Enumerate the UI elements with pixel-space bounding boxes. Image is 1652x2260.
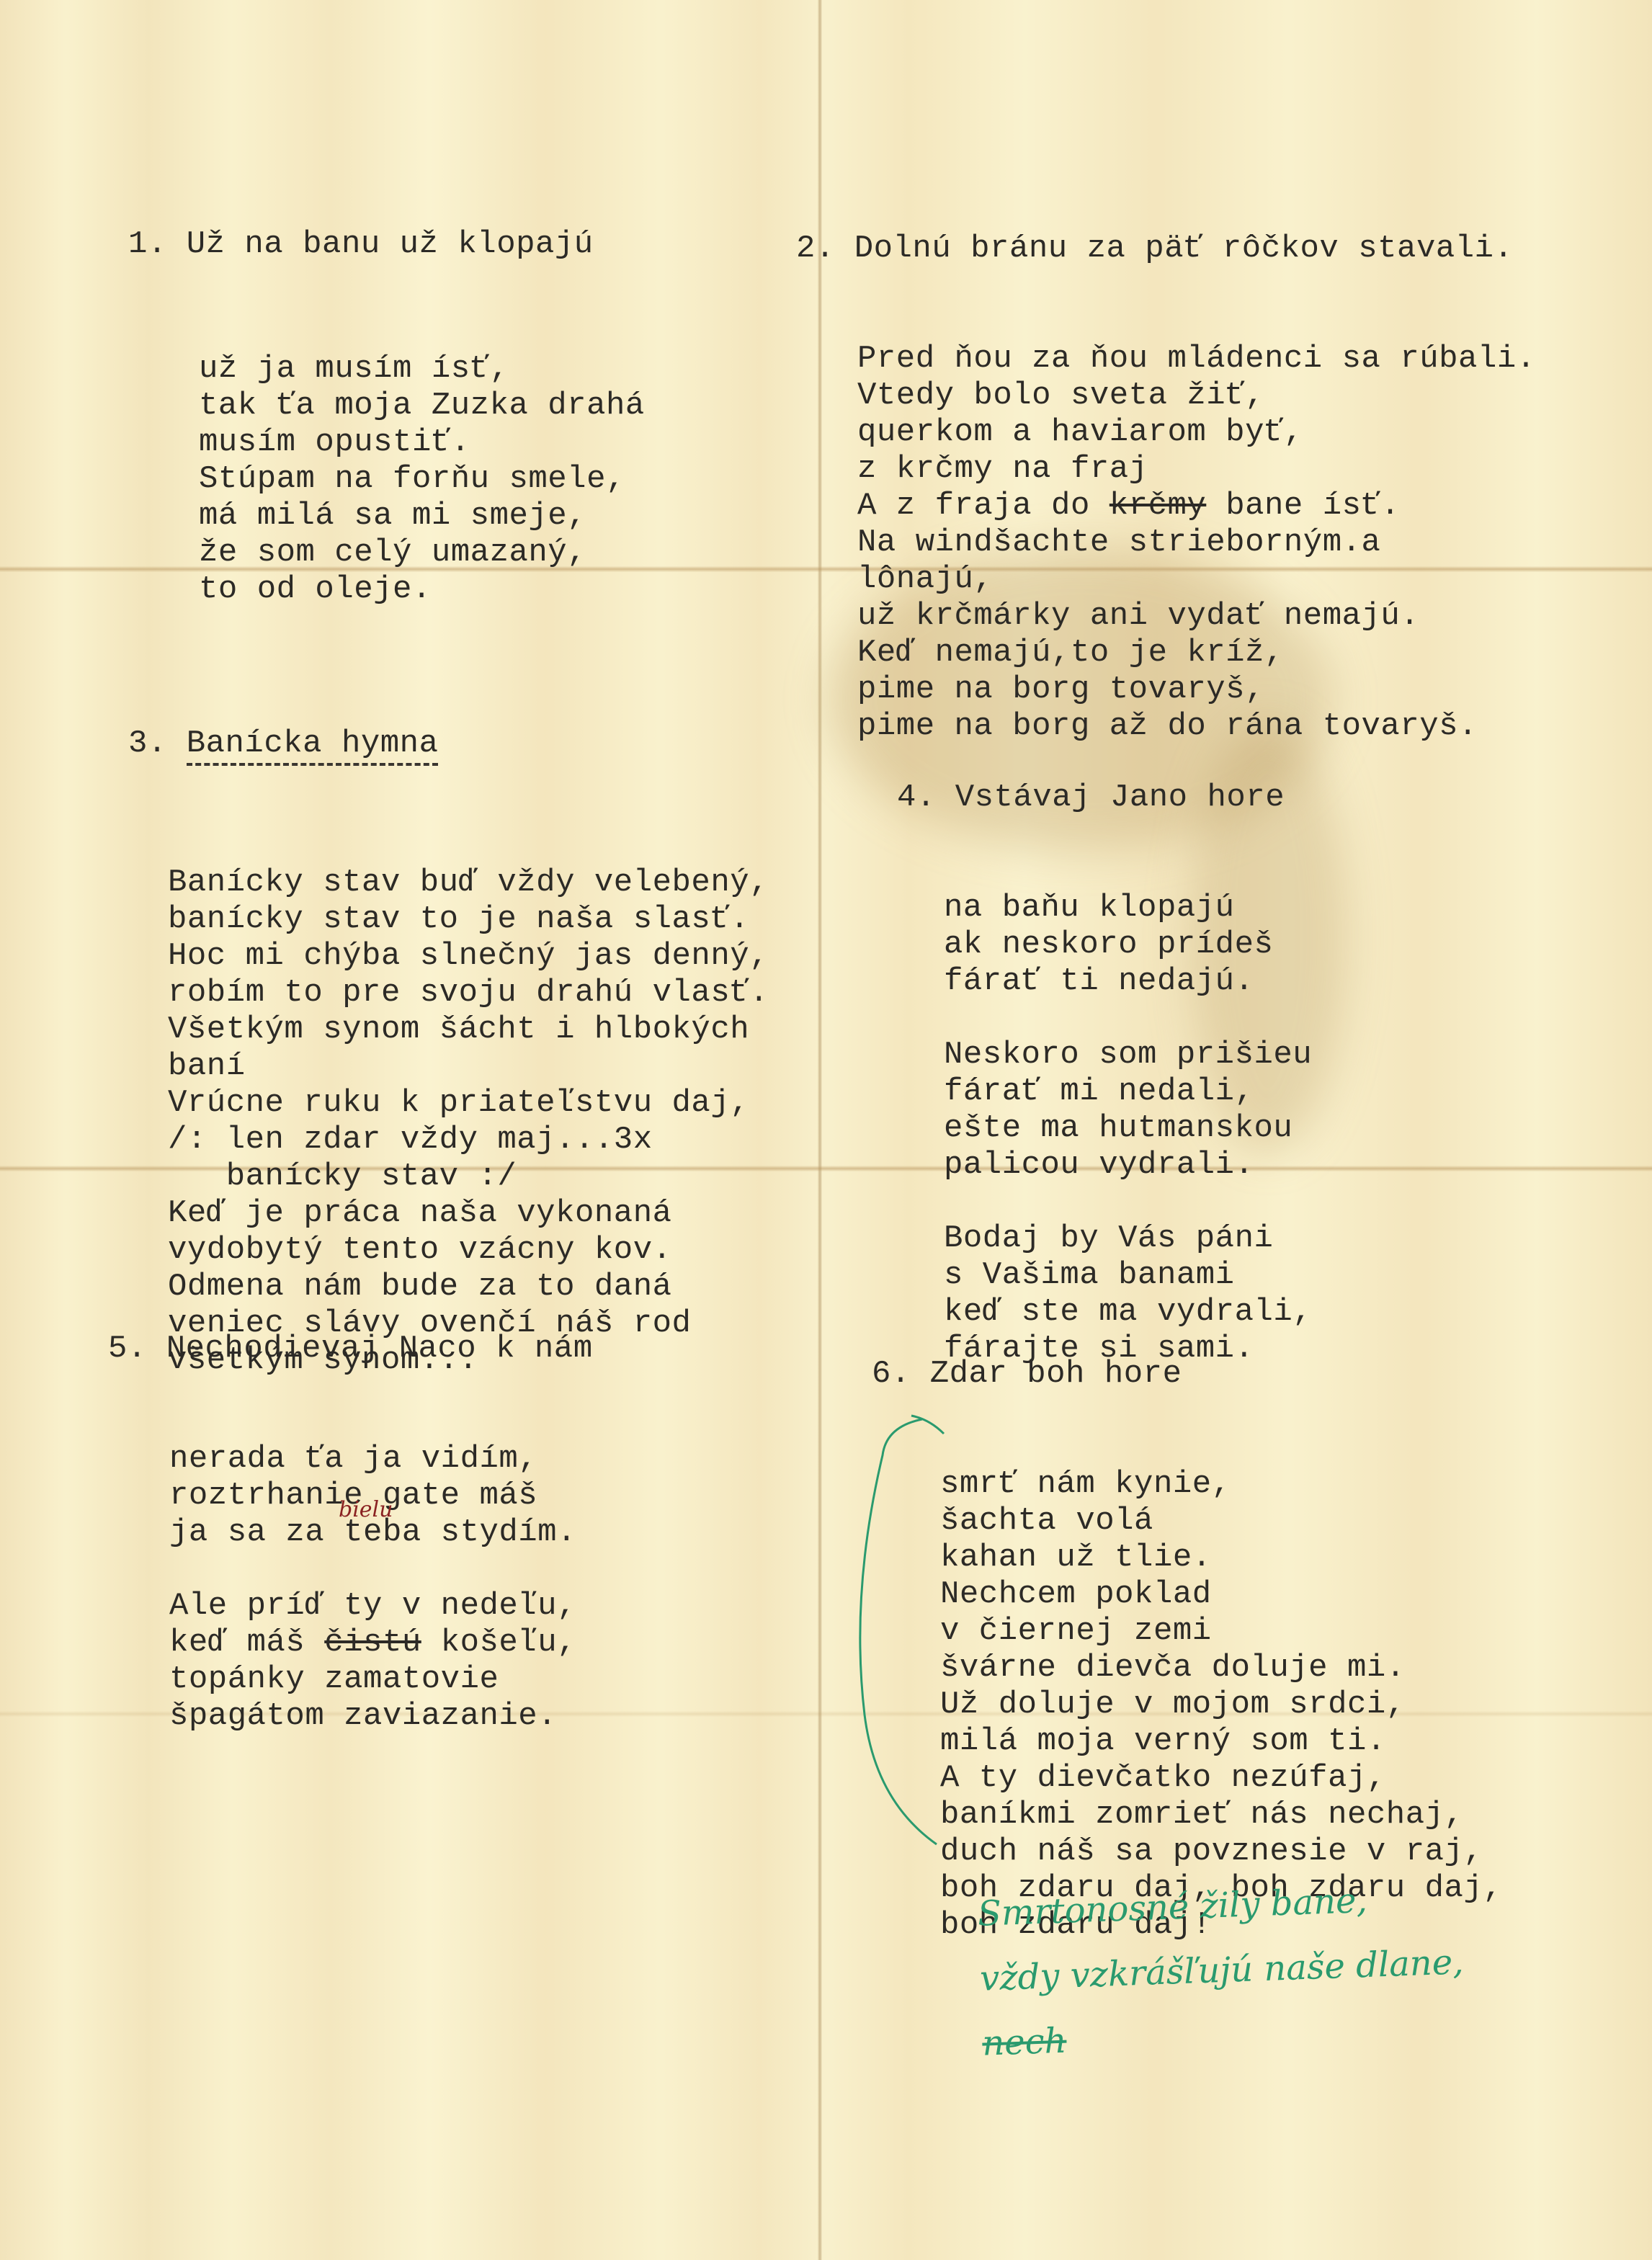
song-line: Bodaj by Vás páni	[944, 1220, 1312, 1257]
song-line: Stúpam na forňu smele,	[199, 461, 645, 498]
song-line: smrť nám kynie,	[940, 1466, 1502, 1503]
song-line: už ja musím ísť,	[199, 351, 645, 388]
struck-word: čistú	[324, 1625, 421, 1661]
song-line: Keď nemajú,to je kríž,	[857, 635, 1536, 671]
song-line: /: len zdar vždy maj...3x	[168, 1122, 769, 1158]
song-body: nerada ťa ja vidím,roztrhanie gate mášja…	[169, 1441, 593, 1735]
song-line: topánky zamatovie	[169, 1661, 593, 1698]
song-line: Už doluje v mojom srdci,	[940, 1687, 1502, 1723]
song-number: 6.	[872, 1356, 911, 1393]
song-first-line: Zdar boh hore	[930, 1356, 1182, 1392]
song-number: 5.	[108, 1331, 147, 1367]
song-line: fárať mi nedali,	[944, 1073, 1312, 1110]
song-1: 1. Už na banu už klopajú už ja musím ísť…	[128, 153, 645, 645]
song-line: to od oleje.	[199, 571, 645, 608]
song-line: baníkmi zomrieť nás nechaj,	[940, 1797, 1502, 1834]
song-first-line: Vstávaj Jano hore	[955, 780, 1285, 816]
song-line: querkom a haviarom byť,	[857, 414, 1536, 451]
song-line: fárať ti nedajú.	[944, 963, 1312, 1000]
song-2: 2. Dolnú bránu za päť rôčkov stavali. Pr…	[796, 157, 1536, 782]
song-line: má milá sa mi smeje,	[199, 498, 645, 535]
song-line: banícky stav :/	[168, 1158, 769, 1195]
song-line: Na windšachte strieborným.a	[857, 524, 1536, 561]
song-line: špagátom zaviazanie.	[169, 1698, 593, 1735]
song-line: musím opustiť.	[199, 424, 645, 461]
song-line: Neskoro som prišieu	[944, 1037, 1312, 1073]
song-number: 1.	[128, 226, 167, 263]
song-line: A ty dievčatko nezúfaj,	[940, 1760, 1502, 1797]
song-line: Vrúcne ruku k priateľstvu daj,	[168, 1085, 769, 1122]
song-number: 3.	[128, 725, 167, 762]
song-line: A z fraja do krčmy bane ísť.	[857, 488, 1536, 524]
song-body: už ja musím ísť,tak ťa moja Zuzka drahám…	[199, 351, 645, 608]
green-pen-bracket	[843, 1412, 1001, 1859]
song-line: pime na borg tovaryš,	[857, 671, 1536, 708]
song-line: šachta volá	[940, 1503, 1502, 1540]
song-line: z krčmy na fraj	[857, 451, 1536, 488]
song-line: milá moja verný som ti.	[940, 1723, 1502, 1760]
song-line: ak neskoro prídeš	[944, 926, 1312, 963]
song-first-line: Už na banu už klopajú	[187, 226, 594, 262]
song-line: palicou vydrali.	[944, 1147, 1312, 1184]
song-first-line: Nechodievaj Naco k nám	[166, 1331, 593, 1367]
song-number: 4.	[897, 780, 936, 816]
song-line: Banícky stav buď vždy velebený,	[168, 865, 769, 901]
song-line: Nechcem poklad	[940, 1576, 1502, 1613]
song-line: robím to pre svoju drahú vlasť.	[168, 975, 769, 1011]
song-line: už krčmárky ani vydať nemajú.	[857, 598, 1536, 635]
stanza-break	[944, 1184, 1312, 1220]
song-line: baní	[168, 1048, 769, 1085]
handwritten-note: Smrtonosné žily bane,vždy vzkrášľujú naš…	[976, 1864, 1466, 2076]
song-number: 2.	[796, 231, 835, 267]
song-line: na baňu klopajú	[944, 890, 1312, 926]
song-line: v čiernej zemi	[940, 1613, 1502, 1650]
song-line: Ale príď ty v nedeľu,	[169, 1588, 593, 1625]
song-line: Pred ňou za ňou mládenci sa rúbali.	[857, 341, 1536, 378]
song-title: Banícka hymna	[187, 725, 439, 766]
song-line: keď máš čistú košeľu,	[169, 1625, 593, 1661]
song-line: švárne dievča doluje mi.	[940, 1650, 1502, 1687]
song-line: tak ťa moja Zuzka drahá	[199, 388, 645, 424]
song-line: kahan už tlie.	[940, 1540, 1502, 1576]
song-line: Vtedy bolo sveta žiť,	[857, 378, 1536, 414]
stanza-break	[169, 1551, 593, 1588]
song-line: nerada ťa ja vidím,	[169, 1441, 593, 1478]
song-line: banícky stav to je naša slasť.	[168, 901, 769, 938]
handwritten-correction: bielu	[339, 1497, 393, 1522]
song-line: Všetkým synom šácht i hlbokých	[168, 1011, 769, 1048]
song-line: Keď je práca naša vykonaná	[168, 1195, 769, 1232]
song-first-line: Dolnú bránu za päť rôčkov stavali.	[854, 231, 1514, 267]
struck-word: krčmy	[1109, 488, 1207, 524]
song-line: že som celý umazaný,	[199, 535, 645, 571]
song-body: Pred ňou za ňou mládenci sa rúbali.Vtedy…	[857, 341, 1536, 745]
song-line: ešte ma hutmanskou	[944, 1110, 1312, 1147]
song-line: Hoc mi chýba slnečný jas denný,	[168, 938, 769, 975]
stanza-break	[944, 1000, 1312, 1037]
song-line: lônajú,	[857, 561, 1536, 598]
song-line: duch náš sa povznesie v raj,	[940, 1834, 1502, 1870]
